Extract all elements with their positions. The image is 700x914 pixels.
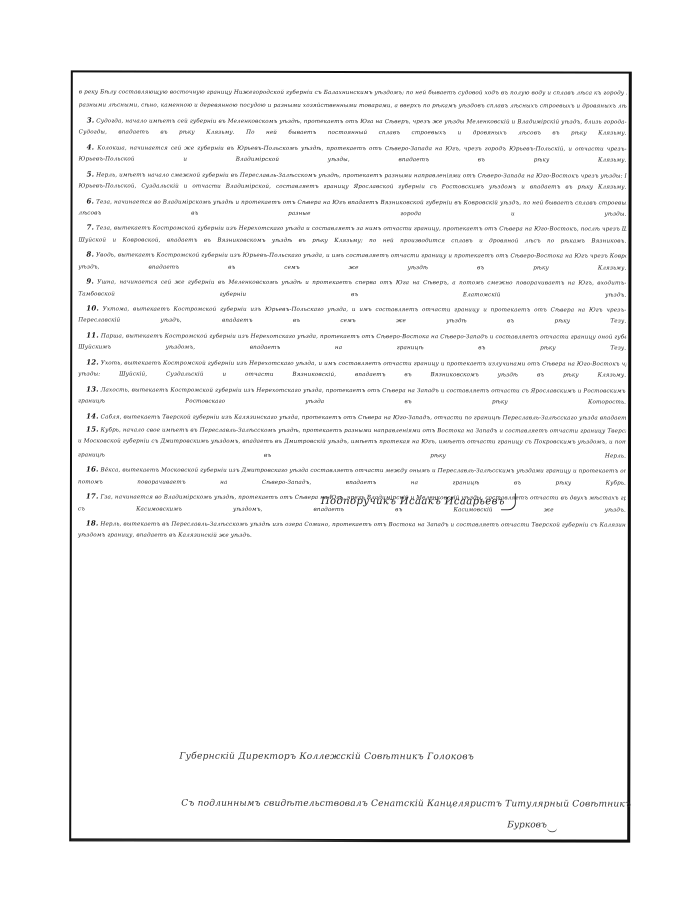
text-line: потомъ поворачиваетъ на Сѣверо-Западъ, в…	[78, 476, 626, 491]
line-text: Ухтома, вытекаетъ Костромской губерніи и…	[103, 306, 627, 313]
line-text: Ухоть, вытекаетъ Костромской губерніи из…	[101, 360, 626, 367]
line-text: Шуйской и Ковровской, впадаетъ въ Вязник…	[78, 237, 626, 244]
text-line: границѣ Ростовскаго уѣзда въ рѣку Которо…	[78, 395, 626, 410]
line-text: лѣсовъ въ разные города и уѣзды.	[79, 210, 627, 217]
text-line: в реку Бѣлу составляющую восточную грани…	[79, 86, 627, 101]
paragraph-number: 16.	[86, 465, 99, 474]
paragraph-number: 8.	[86, 250, 94, 259]
text-line: 16. Вёкса, вытекаетъ Московской губерніи…	[78, 463, 626, 478]
text-line: Шуйской и Ковровской, впадаетъ въ Вязник…	[78, 234, 626, 249]
line-text: Кубрь, начало свое имѣетъ въ Переславль-…	[101, 427, 626, 434]
line-text: Теза, начинается во Владимірскомъ уѣздѣ …	[96, 199, 626, 206]
line-text: границѣ въ рѣку Нерль.	[78, 452, 626, 459]
text-line: 15. Кубрь, начало свое имѣетъ въ Пересла…	[78, 422, 626, 437]
line-text: Парша, вытекаетъ Костромской губерніи из…	[101, 333, 626, 340]
line-text: и Московской губерніи съ Дмитровскимъ уѣ…	[78, 439, 626, 446]
text-line: 4. Колокша, начинается сей же губерніи в…	[79, 140, 627, 155]
paragraph-number: 13.	[86, 384, 99, 393]
director-signature: Губернскій Директоръ Коллежскій Совѣтник…	[179, 752, 474, 763]
text-line: 3. Судогда, начало имѣетъ сей губерніи в…	[79, 113, 627, 128]
line-text: в реку Бѣлу составляющую восточную грани…	[79, 89, 627, 96]
text-line: Юрьевъ-Польской, Суздальскій и отчасти В…	[79, 180, 627, 195]
paragraph-number: 12.	[86, 357, 99, 366]
line-text: Судогды, впадаетъ въ рѣку Клязьму. По не…	[79, 130, 627, 137]
line-text: уѣзды: Шуйскій, Суздальскій и отчасти Вя…	[78, 372, 626, 379]
text-line: 7. Теза, вытекаетъ Костромской губерніи …	[78, 221, 626, 236]
certification-signature: Бурковъ	[507, 819, 557, 832]
text-line: 9. Ушна, начинается сей же губерніи въ М…	[78, 275, 626, 290]
line-text: Сабля, вытекаетъ Тверской губерніи изъ К…	[101, 414, 626, 421]
text-line: 14. Сабля, вытекаетъ Тверской губерніи и…	[78, 409, 626, 424]
text-line: уѣздъ, впадаетъ въ семъ же уѣздѣ въ рѣку…	[78, 261, 626, 276]
line-text: Ушна, начинается сей же губерніи въ Меле…	[97, 280, 626, 287]
text-line: Тамбовской губерніи въ Елатомскій уѣздъ.	[78, 288, 626, 303]
text-line: 13. Лахость, вытекаетъ Костромской губер…	[78, 382, 626, 397]
text-line: 12. Ухоть, вытекаетъ Костромской губерні…	[78, 355, 626, 370]
paragraph-number: 14.	[86, 411, 99, 420]
paragraph-number: 9.	[86, 277, 94, 286]
text-line: уѣзды: Шуйскій, Суздальскій и отчасти Вя…	[78, 369, 626, 384]
text-line: Юрьевъ-Польской и Владимірской уѣзды, вп…	[79, 154, 627, 169]
paragraph-number: 7.	[86, 223, 94, 232]
text-line: границѣ въ рѣку Нерль.	[78, 449, 626, 464]
line-text: Лахость, вытекаетъ Костромской губерніи …	[101, 387, 626, 394]
line-text: разными лѣсными, сѣно, каменною и деревя…	[79, 103, 627, 110]
paragraph-number: 4.	[87, 142, 95, 151]
line-text: Нерль, имѣетъ начало смежной губерніи въ…	[96, 172, 626, 179]
line-text: Шуйскимъ уѣздомъ, впадаетъ на границѣ въ…	[78, 345, 626, 352]
surveyor-signature: Подпоручикъ Исаакъ Исаарьевъ	[321, 493, 516, 510]
paragraph-number: 17.	[86, 492, 99, 501]
text-line: 10. Ухтома, вытекаетъ Костромской губерн…	[78, 301, 626, 316]
text-line: 6. Теза, начинается во Владимірскомъ уѣз…	[79, 194, 627, 209]
paragraph-number: 11.	[86, 330, 99, 339]
text-line: лѣсовъ въ разные города и уѣзды.	[78, 207, 626, 222]
signature-flourish-icon	[547, 819, 557, 832]
line-text: уѣздъ, впадаетъ въ семъ же уѣздѣ въ рѣку…	[78, 264, 626, 271]
text-line: и Московской губерніи съ Дмитровскимъ уѣ…	[78, 436, 626, 451]
line-text: Уводь, вытекаетъ Костромской губерніи из…	[96, 253, 626, 260]
signature-flourish-icon	[501, 493, 516, 510]
text-line: 11. Парша, вытекаетъ Костромской губерні…	[78, 328, 626, 343]
line-text: Нерль, вытекаетъ въ Переславль-Залѣсском…	[100, 521, 625, 528]
line-text: Переславскій уѣздъ, впадаетъ въ семъ же …	[78, 318, 626, 325]
paragraph-number: 10.	[86, 303, 99, 312]
line-text: Юрьевъ-Польской и Владимірской уѣзды, вп…	[79, 157, 627, 164]
text-line: Судогды, впадаетъ въ рѣку Клязьму. По не…	[79, 127, 627, 142]
line-text: Теза, вытекаетъ Костромской губерніи изъ…	[96, 226, 626, 233]
surveyor-signature-text: Подпоручикъ Исаакъ Исаарьевъ	[321, 496, 505, 507]
paragraph-number: 18.	[86, 518, 99, 527]
paragraph-number: 3.	[87, 115, 95, 124]
line-text: Колокша, начинается сей же губерніи въ Ю…	[97, 145, 626, 152]
line-text: Судогда, начало имѣетъ сей губерніи въ М…	[96, 118, 626, 125]
line-text: Вёкса, вытекаетъ Московской губерніи изъ…	[101, 468, 626, 475]
line-text: границѣ Ростовскаго уѣзда въ рѣку Которо…	[78, 398, 626, 405]
line-text: Тамбовской губерніи въ Елатомскій уѣздъ.	[78, 291, 626, 298]
paragraph-number: 6.	[87, 196, 95, 205]
line-text: Юрьевъ-Польской, Суздальскій и отчасти В…	[79, 183, 627, 190]
paragraph-number: 5.	[87, 169, 95, 178]
text-line: разными лѣсными, сѣно, каменною и деревя…	[79, 100, 627, 115]
text-line: уѣздомъ границу, впадаетъ въ Калязинскій…	[78, 530, 626, 545]
text-line: 18. Нерль, вытекаетъ въ Переславль-Залѣс…	[78, 516, 626, 531]
text-line: 8. Уводь, вытекаетъ Костромской губерніи…	[78, 248, 626, 263]
line-text: уѣздомъ границу, впадаетъ въ Калязинскій…	[78, 533, 252, 539]
text-line: Переславскій уѣздъ, впадаетъ въ семъ же …	[78, 315, 626, 330]
document-frame: в реку Бѣлу составляющую восточную грани…	[69, 70, 632, 842]
document-body: в реку Бѣлу составляющую восточную грани…	[78, 86, 627, 544]
certification-name: Бурковъ	[507, 820, 547, 830]
paragraph-number: 15.	[86, 424, 99, 433]
line-text: потомъ поворачиваетъ на Сѣверо-Западъ, в…	[78, 479, 626, 486]
certification-line: Съ подлиннымъ свидѣтельствовалъ Сенатскі…	[181, 799, 631, 810]
bottom-edge-shadow	[71, 839, 391, 842]
text-line: 5. Нерль, имѣетъ начало смежной губерніи…	[79, 167, 627, 182]
text-line: Шуйскимъ уѣздомъ, впадаетъ на границѣ въ…	[78, 342, 626, 357]
